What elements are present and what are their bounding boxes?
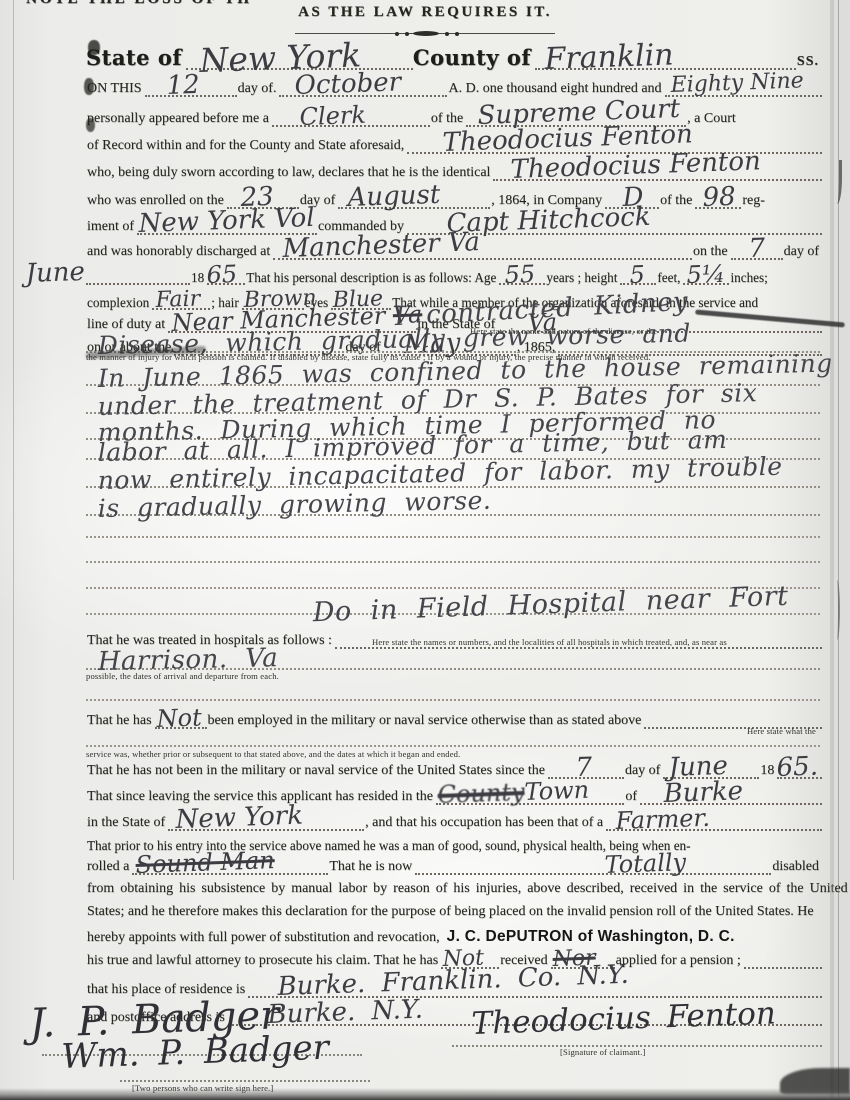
appoints-line: hereby appoints with full power of subst… [86,928,822,946]
printed-18: 18 [190,271,207,285]
purpose-label: States; and he therefore makes this decl… [86,905,817,920]
rolled-handwritten: Sound Man [136,851,276,875]
iment-of-label: iment of [86,220,137,235]
discharge-day-handwritten: 7 [748,239,765,260]
fine-print-hospitals-2: possible, the dates of arrival and depar… [86,671,279,681]
pen-mark-artifact [834,580,840,640]
subsistence-label: from obtaining his subsistence by manual… [86,882,850,897]
employment-label: That he has [86,714,155,729]
resided-line: That since leaving the service this appl… [86,788,822,805]
inches-handwritten: 5¼ [687,264,726,285]
complexion-handwritten: Fair [156,291,201,310]
claimant-signature: Theodocius Fenton [471,1001,776,1036]
identical-handwritten: Theodocius Fenton [511,151,762,181]
resided-handwritten: CountyTown [437,781,589,805]
feet-blank: 5 [620,282,656,285]
since-dayof-label: day of [624,764,663,779]
state2-handwritten: New York [175,806,303,831]
discharge-month-handwritten: June [25,262,85,285]
scanned-pension-declaration-document: NOTE THE LOSS OF TH AS THE LAW REQUIRES … [0,0,850,1100]
age-handwritten: 55 [505,265,536,285]
blank-ruled-line [86,744,820,747]
residence-handwritten: Burke. Franklin. Co. N.Y. [277,965,629,998]
since-year-blank: 65. [777,776,822,779]
discharge-year-blank: 65 [207,282,245,285]
scan-edge-line-left [13,0,14,880]
employment-blank: Not [155,726,207,729]
state-occupation-line: in the State of New York , and that his … [86,814,822,831]
blank-ruled-line [86,560,820,563]
discharged-label: and was honorably discharged at [86,245,273,260]
day-of-label: day of. [237,82,280,97]
employment-line: That he has Not been employed in the mil… [86,712,822,729]
witness2-signature: Wm. P. Badger [61,1035,329,1072]
applied-label: applied for a pension ; [615,954,744,969]
unit-handwritten: New York Vol [138,208,315,235]
on-the-label: on the [692,245,731,260]
date-line: ON THIS 12 day of. October A. D. one tho… [86,80,822,97]
sworn-label: who, being duly sworn according to law, … [86,166,493,181]
jurisdiction-line: State of New York County of Franklin SS. [86,46,822,70]
month-blank: October [279,94,447,97]
purpose-line: States; and he therefore makes this decl… [86,905,822,920]
officer-blank: Clerk [272,124,430,127]
ink-blot-artifact [88,40,100,55]
divider-dot [445,32,449,36]
discharge-place-blank: Manchester Va [273,257,692,260]
rolled-label: rolled a [86,860,132,875]
since-printed-18: 18 [759,764,777,779]
scan-bottom-edge [0,1088,850,1100]
age-blank: 55 [499,282,545,285]
since-month-handwritten: June [669,756,729,779]
prosecute-label: his true and lawful attorney to prosecut… [86,954,441,969]
month-handwritten: October [295,73,402,97]
now-blank: Totally [415,872,771,875]
witness2-signature-line [120,1079,370,1082]
disabled-label: disabled [771,860,822,875]
appoints-label: hereby appoints with full power of subst… [86,931,443,946]
resided-town-text: Town [524,776,590,806]
discharge-dayof-label: day of [783,245,822,260]
discharge-year-handwritten: 65 [207,265,238,285]
a-court-label: , a Court [686,112,739,127]
feet-handwritten: 5 [630,265,646,285]
year-blank: Eighty Nine [665,94,822,97]
divider-dot [405,32,409,36]
statement-handwritten-line8: is gradually growing worse. [98,491,492,519]
now-handwritten: Totally [605,853,687,875]
hospitals-handwritten-2: Harrison. Va [98,648,279,673]
since-label: That he has not been in the military or … [86,764,548,779]
officer-handwritten: Clerk [299,106,366,127]
state2-blank: New York [168,828,364,831]
personally-label: personally appeared before me a [86,112,272,127]
statement-row: is gradually growing worse. [86,488,820,516]
divider-diamond [413,31,439,36]
employment-rest-label: been employed in the military or naval s… [207,714,645,729]
pen-mark-artifact [834,160,842,204]
complexion-label: complexion [86,296,152,310]
day-blank: 12 [145,94,237,97]
fine-print-employment-2: service was, whether prior or subsequent… [86,749,460,759]
subsistence-line: from obtaining his subsistence by manual… [86,882,822,897]
resided-place-handwritten: Burke [663,781,743,805]
inches-blank: 5¼ [683,282,729,285]
hospitals-row-2: Harrison. Va [86,648,820,670]
occupation-blank: Farmer. [606,828,822,831]
fine-print-employment-1: Here state what the [747,726,816,736]
regiment-blank: 98 [695,206,741,209]
ink-blot-artifact [86,118,95,132]
resided-struck-text: County [437,778,525,809]
now-label: That he is now [328,860,415,875]
resided-blank: CountyTown [436,802,624,805]
discharge-month-blank: June [86,282,190,285]
state-of2-label: in the State of [86,816,168,831]
reg-suffix-label: reg- [741,194,768,209]
blank-ruled-line [86,535,820,538]
regiment-handwritten: 98 [703,187,737,209]
applied-trailing-blank [744,966,822,969]
inches-label: inches; [729,271,770,285]
of-the-label: of the [430,112,466,127]
claimant-signature-caption: [Signature of claimant.] [560,1047,645,1057]
description-intro-label: That his personal description is as foll… [245,271,499,285]
ink-blot-artifact [84,78,94,95]
divider-dot [395,32,399,36]
divider-dot [455,32,459,36]
postoffice-handwritten: Burke. N.Y. [267,1000,423,1026]
enroll-month-handwritten: August [348,185,441,209]
state-of-label: State of [86,45,186,70]
description-line: June 18 65 That his personal description… [86,268,822,285]
blank-ruled-line [86,698,820,701]
since-year-handwritten: 65. [777,757,819,779]
discharge-place-handwritten: Manchester Va [283,232,481,260]
county-handwritten: Franklin [544,44,674,72]
record-label: of Record within and for the County and … [86,139,407,154]
occupation-label: , and that his occupation has been that … [364,816,606,831]
county-of-label: County of [413,45,535,70]
years-height-label: years ; height [545,271,620,285]
of-the-reg-label: of the [659,194,695,209]
appeared-line: personally appeared before me a Clerk of… [86,110,822,127]
day-handwritten: 12 [166,75,200,97]
on-this-label: ON THIS [86,82,145,97]
identical-blank: Theodocius Fenton [493,178,822,181]
form-title: AS THE LAW REQUIRES IT. [0,4,850,21]
year-handwritten: Eighty Nine [670,73,804,95]
attorney-name: J. C. DePUTRON of Washington, D. C. [443,928,735,946]
sworn-line: who, being duly sworn according to law, … [86,164,822,181]
resided-of-label: of [624,790,640,805]
discharged-line: and was honorably discharged at Manchest… [86,243,822,260]
statement-row: now entirely incapacitated for labor. my… [86,460,820,488]
employment-handwritten: Not [156,708,202,729]
feet-label: feet, [656,271,683,285]
discharge-day-blank: 7 [731,257,783,260]
rolled-blank: Sound Man [132,872,328,875]
fine-print-hospitals-1: Here state the names or numbers, and the… [372,637,727,647]
occupation-handwritten: Farmer. [615,809,710,831]
rolled-line: rolled a Sound Man That he is now Totall… [86,858,822,875]
